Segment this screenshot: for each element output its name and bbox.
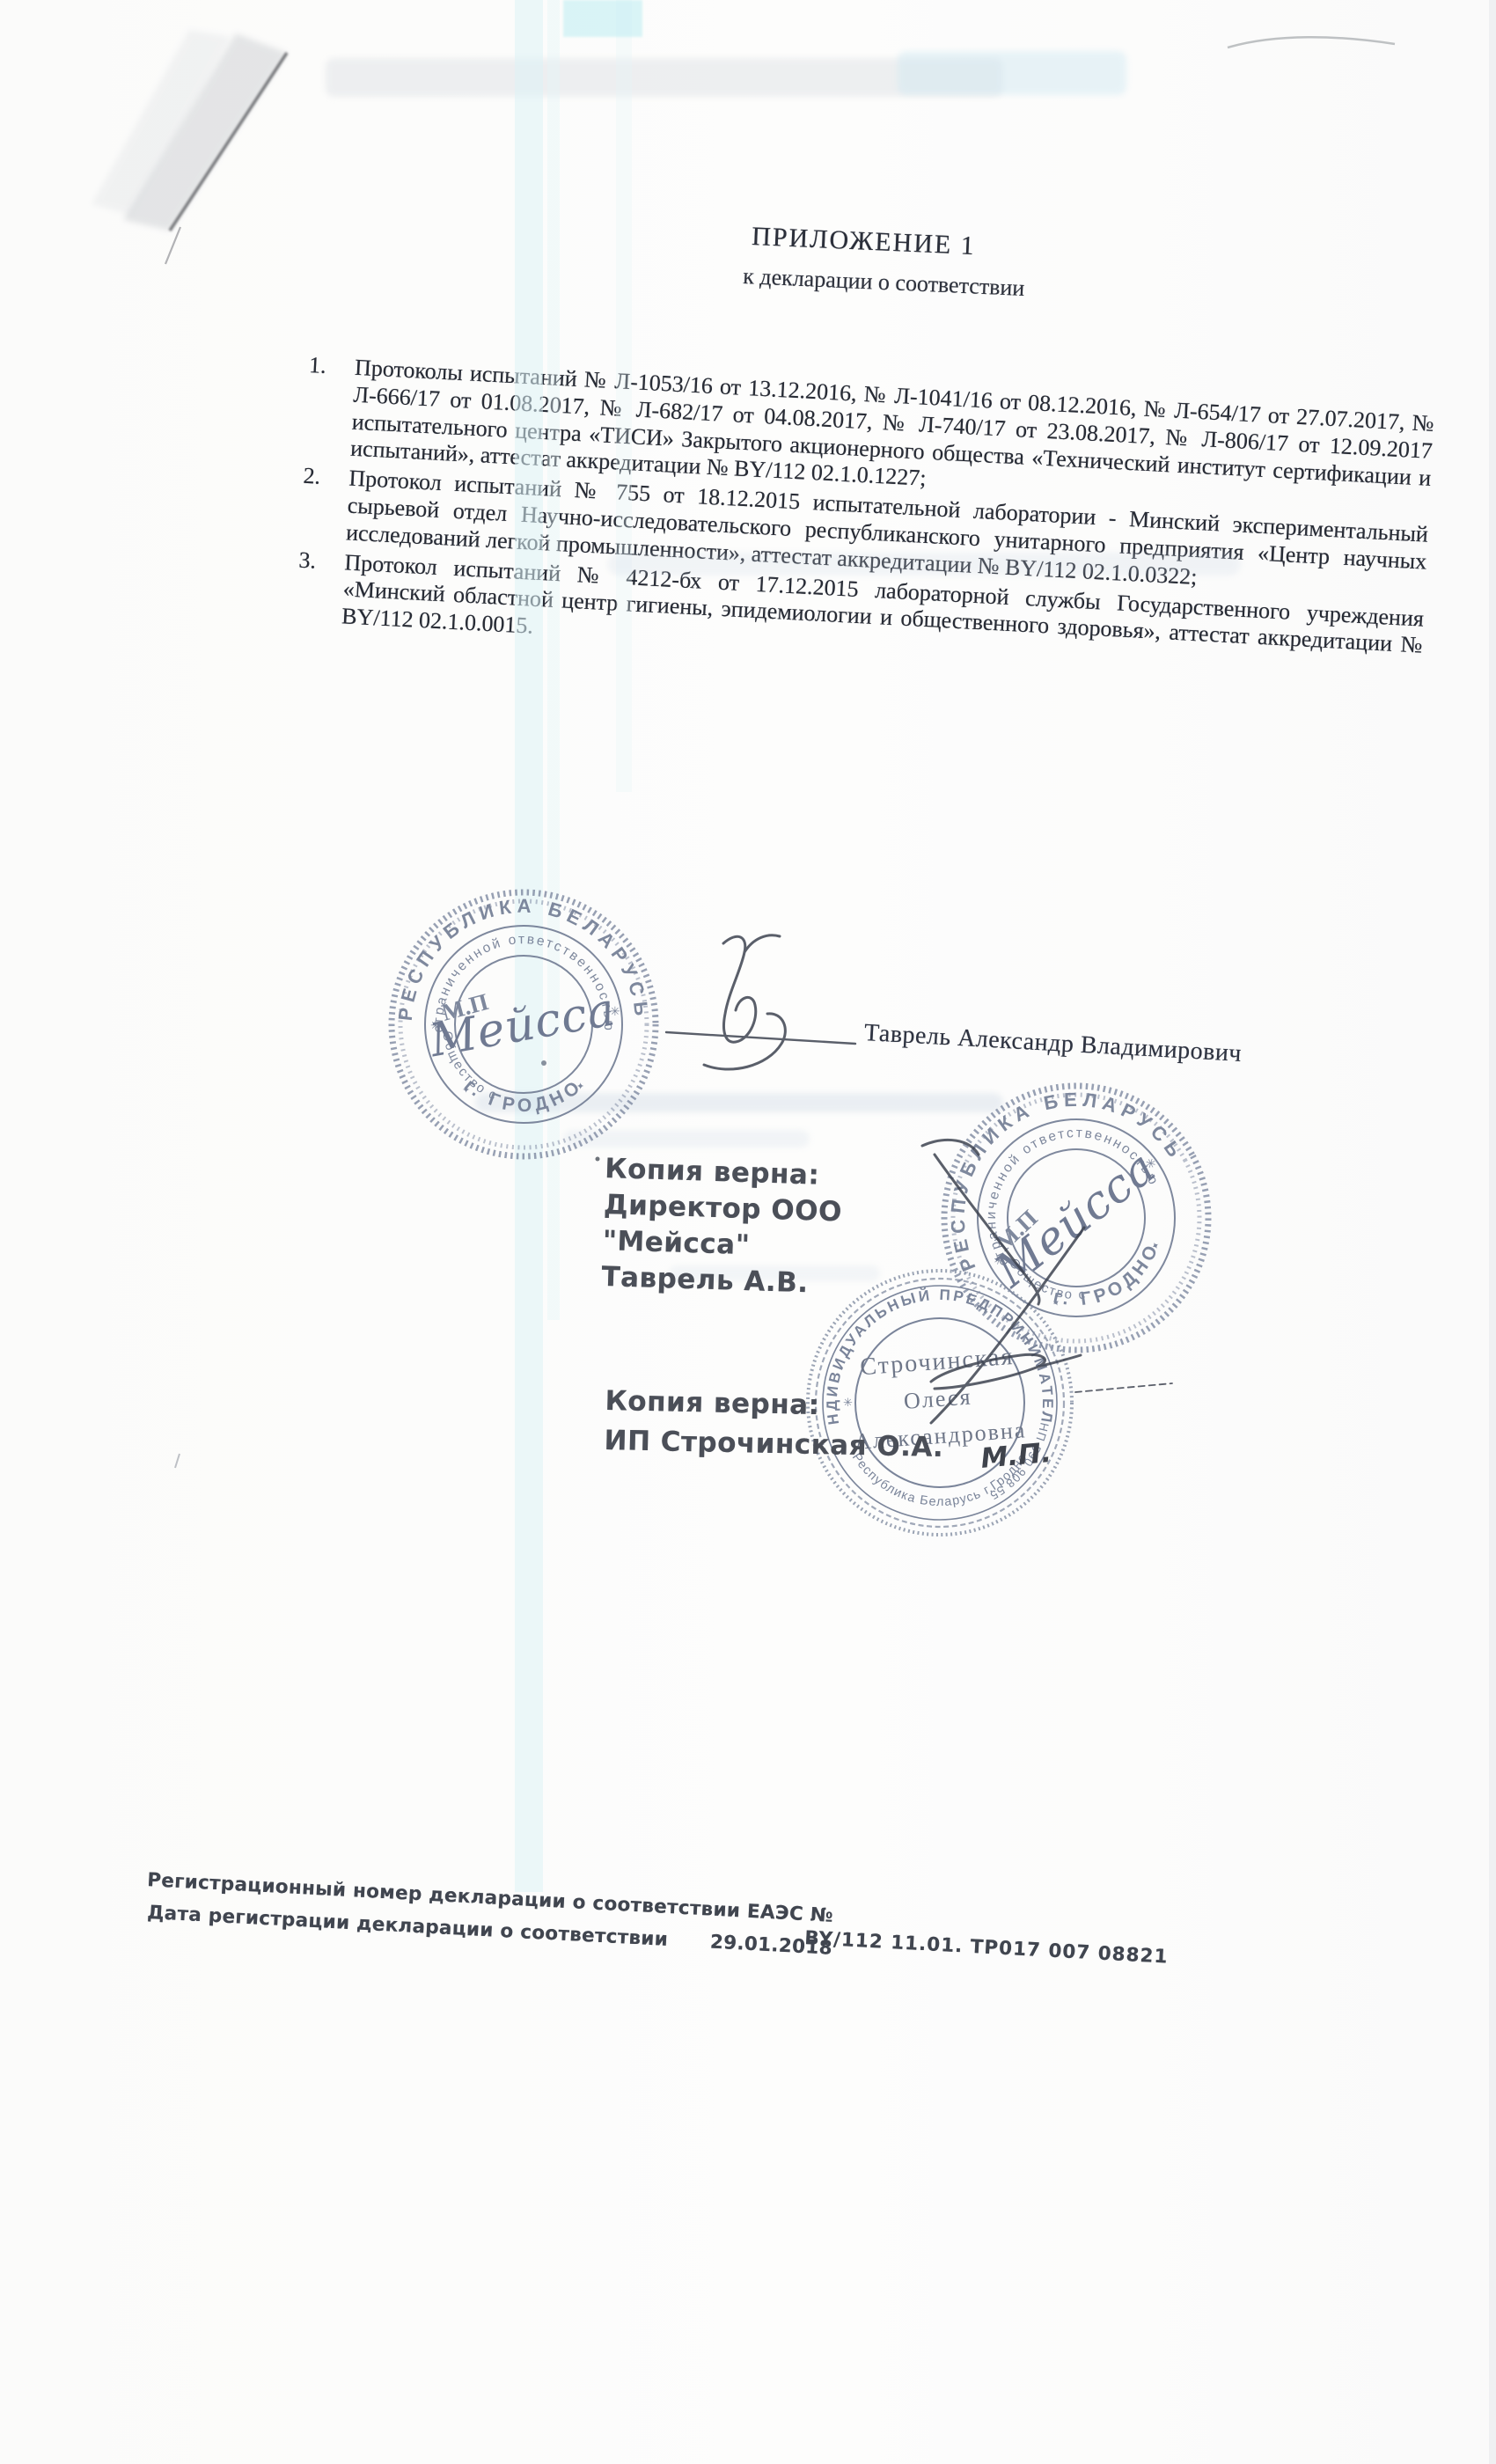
mp-seal-mark: М.П. [979,1437,1052,1475]
list-item-3-number: 3. [296,546,346,630]
list-item-1-number: 1. [304,352,356,463]
copy1-line4: Таврель А.В. [601,1259,840,1302]
copy-certified-block-2: Копия верна: ИП Строчинская О.А. [604,1382,945,1468]
protocol-list: 1. Протоколы испытаний № Л-1053/16 от 13… [295,352,1434,690]
copy2-line1: Копия верна: [605,1382,945,1428]
list-item-2-number: 2. [300,463,350,546]
copy-certified-block-1: Копия верна: Директор ООО "Мейсса" Тавре… [601,1151,844,1302]
copy2-line2: ИП Строчинская О.А. [604,1421,944,1468]
